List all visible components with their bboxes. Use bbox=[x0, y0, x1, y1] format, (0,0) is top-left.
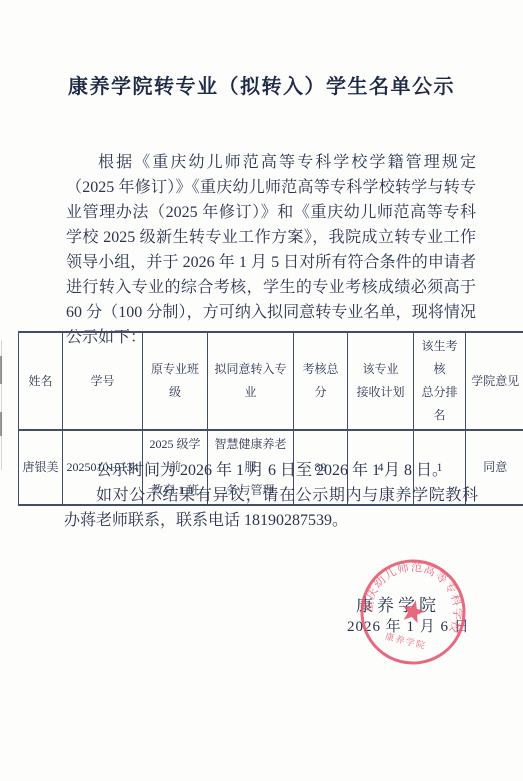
header-original-class: 原专业班级 bbox=[143, 332, 208, 430]
publicity-period-text: 公示时间为 2026 年 1 月 6 日至 2026 年 1 月 8 日。 bbox=[64, 458, 478, 483]
header-college-opinion: 学院意见 bbox=[466, 332, 523, 430]
scanned-notice-page: 康养学院转专业（拟转入）学生名单公示 根据《重庆幼儿师范高等专科学校学籍管理规定… bbox=[0, 0, 523, 781]
header-name: 姓名 bbox=[19, 332, 63, 430]
signature-org: 康养学院 bbox=[356, 591, 440, 616]
table-header-row: 姓名 学号 原专业班级 拟同意转入专业 考核总分 该专业 接收计划 该生考核 总… bbox=[19, 332, 523, 430]
signature-date: 2026 年 1 月 6 日 bbox=[347, 615, 470, 636]
scan-edge-mark bbox=[0, 412, 2, 436]
cell-name: 唐银美 bbox=[19, 430, 63, 505]
notice-body-paragraph: 根据《重庆幼儿师范高等专科学校学籍管理规定（2025 年修订）》《重庆幼儿师范高… bbox=[66, 150, 476, 350]
header-student-id: 学号 bbox=[63, 332, 143, 430]
header-total-score: 考核总分 bbox=[294, 332, 348, 430]
contact-text: 如对公示结果有异议，请在公示期内与康养学院教科办蒋老师联系，联系电话 18190… bbox=[64, 483, 478, 533]
header-admission-plan: 该专业 接收计划 bbox=[348, 332, 414, 430]
scan-edge-mark bbox=[0, 356, 2, 384]
header-target-major: 拟同意转入专业 bbox=[208, 332, 294, 430]
header-score-rank: 该生考核 总分排名 bbox=[414, 332, 466, 430]
page-title: 康养学院转专业（拟转入）学生名单公示 bbox=[0, 70, 523, 99]
